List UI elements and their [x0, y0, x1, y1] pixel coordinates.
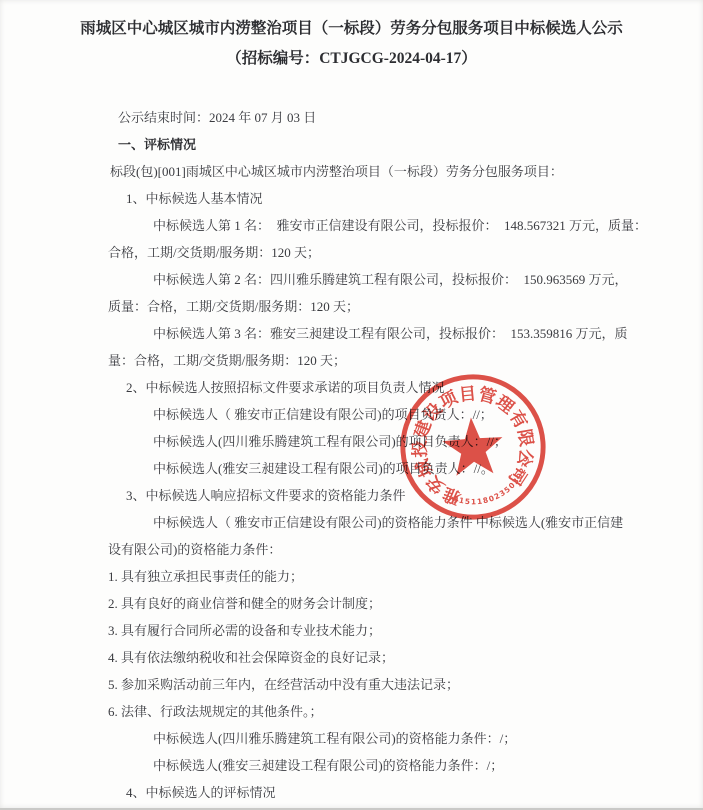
project-manager-candidate-2: 中标候选人(四川雅乐腾建筑工程有限公司)的项目负责人：//； [153, 428, 703, 455]
project-manager-candidate-1: 中标候选人（ 雅安市正信建设有限公司)的项目负责人：//； [153, 401, 703, 428]
condition-1: 1. 具有独立承担民事责任的能力； [108, 563, 703, 590]
item-2-heading: 2、中标候选人按照招标文件要求承诺的项目负责人情况 [126, 374, 703, 401]
item-3-heading: 3、中标候选人响应招标文件要求的资格能力条件 [126, 482, 703, 509]
qualification-candidate-1-line-1: 中标候选人（ 雅安市正信建设有限公司)的资格能力条件 中标候选人(雅安市正信建 [153, 509, 703, 536]
announcement-document-page: 雨城区中心城区城市内涝整治项目（一标段）劳务分包服务项目中标候选人公示 （招标编… [0, 0, 703, 810]
doc-subtitle-tender-number: （招标编号：CTJGCG-2024-04-17） [0, 44, 703, 74]
candidate-2-line-1: 中标候选人第 2 名：四川雅乐腾建筑工程有限公司，投标报价： 150.96356… [153, 266, 703, 293]
qualification-candidate-3: 中标候选人(雅安三昶建设工程有限公司)的资格能力条件：/； [153, 752, 703, 779]
project-manager-candidate-3: 中标候选人(雅安三昶建设工程有限公司)的项目负责人：//。 [153, 455, 703, 482]
section-heading-evaluation: 一、评标情况 [118, 131, 703, 158]
condition-3: 3. 具有履行合同所必需的设备和专业技术能力； [108, 617, 703, 644]
candidate-2-line-2: 质量：合格，工期/交货期/服务期：120 天； [108, 293, 703, 320]
bid-section-line: 标段(包)[001]雨城区中心城区城市内涝整治项目（一标段）劳务分包服务项目： [110, 158, 703, 185]
condition-4: 4. 具有依法缴纳税收和社会保障资金的良好记录； [108, 644, 703, 671]
qualification-candidate-2: 中标候选人(四川雅乐腾建筑工程有限公司)的资格能力条件：/； [153, 725, 703, 752]
doc-title: 雨城区中心城区城市内涝整治项目（一标段）劳务分包服务项目中标候选人公示 [0, 14, 703, 44]
candidate-1-line-2: 合格，工期/交货期/服务期：120 天； [108, 239, 703, 266]
item-1-heading: 1、中标候选人基本情况 [126, 185, 703, 212]
condition-6: 6. 法律、行政法规规定的其他条件。； [108, 698, 703, 725]
condition-5: 5. 参加采购活动前三年内，在经营活动中没有重大违法记录； [108, 671, 703, 698]
title-block: 雨城区中心城区城市内涝整治项目（一标段）劳务分包服务项目中标候选人公示 （招标编… [0, 0, 703, 74]
candidate-3-line-1: 中标候选人第 3 名：雅安三昶建设工程有限公司，投标报价： 153.359816… [153, 320, 703, 347]
item-4-heading: 4、中标候选人的评标情况 [126, 779, 703, 806]
publicity-end-time: 公示结束时间：2024 年 07 月 03 日 [118, 104, 703, 131]
qualification-candidate-1-line-2: 设有限公司)的资格能力条件： [108, 536, 703, 563]
condition-2: 2. 具有良好的商业信誉和健全的财务会计制度； [108, 590, 703, 617]
candidate-1-line-1: 中标候选人第 1 名： 雅安市正信建设有限公司，投标报价： 148.567321… [153, 212, 703, 239]
candidate-3-line-2: 量：合格，工期/交货期/服务期：120 天； [108, 347, 703, 374]
